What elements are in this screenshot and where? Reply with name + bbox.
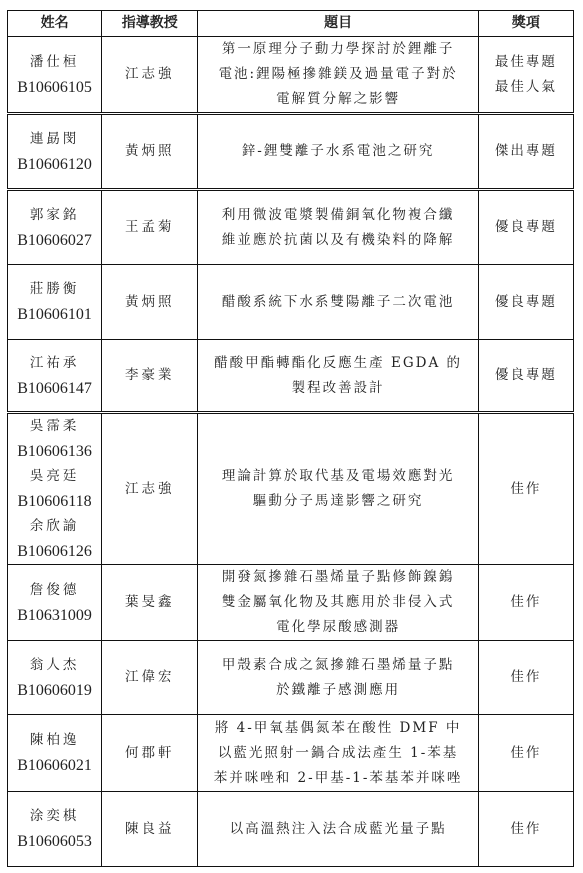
student-name: 連勗閔 bbox=[12, 127, 97, 152]
title-line: 電化學尿酸感測器 bbox=[202, 615, 473, 640]
title-line: 苯并咪唑和 2-甲基-1-苯基苯并咪唑 bbox=[202, 766, 473, 791]
title-cell: 鋅-鋰雙離子水系電池之研究 bbox=[198, 114, 478, 190]
title-line: 將 4-甲氧基偶氮苯在酸性 DMF 中 bbox=[202, 716, 473, 741]
student-cell: 潘仕桓 B10606105 bbox=[8, 37, 102, 114]
table-row: 翁人杰 B10606019 江偉宏 甲殼素合成之氮摻雜石墨烯量子點 於鐵離子感測… bbox=[8, 641, 574, 715]
student-id: B10606136 bbox=[12, 439, 97, 464]
advisor-cell: 王孟菊 bbox=[102, 190, 198, 265]
awards-table: 姓名 指導教授 題目 獎項 潘仕桓 B10606105 江志強 第一原理分子動力… bbox=[7, 10, 574, 867]
award-cell: 優良專題 bbox=[478, 190, 573, 265]
advisor-cell: 葉旻鑫 bbox=[102, 565, 198, 641]
award-cell: 佳作 bbox=[478, 413, 573, 565]
advisor-cell: 陳良益 bbox=[102, 792, 198, 867]
table-row: 莊勝衡 B10606101 黃炳照 醋酸系統下水系雙陽離子二次電池 優良專題 bbox=[8, 265, 574, 340]
table-row: 吳霈柔 B10606136 吳亮廷 B10606118 余欣諭 B1060612… bbox=[8, 413, 574, 565]
title-cell: 將 4-甲氧基偶氮苯在酸性 DMF 中 以藍光照射一鍋合成法產生 1-苯基 苯并… bbox=[198, 715, 478, 792]
table-row: 陳柏逸 B10606021 何郡軒 將 4-甲氧基偶氮苯在酸性 DMF 中 以藍… bbox=[8, 715, 574, 792]
title-line: 雙金屬氧化物及其應用於非侵入式 bbox=[202, 590, 473, 615]
student-name: 翁人杰 bbox=[12, 653, 97, 678]
advisor-cell: 江志強 bbox=[102, 37, 198, 114]
advisor-cell: 李豪業 bbox=[102, 340, 198, 413]
student-name: 吳霈柔 bbox=[12, 414, 97, 439]
student-name: 江祐承 bbox=[12, 351, 97, 376]
header-name: 姓名 bbox=[8, 11, 102, 37]
title-line: 以藍光照射一鍋合成法產生 1-苯基 bbox=[202, 741, 473, 766]
award-label: 佳作 bbox=[483, 665, 569, 690]
award-cell: 佳作 bbox=[478, 715, 573, 792]
table-row: 涂奕棋 B10606053 陳良益 以高溫熱注入法合成藍光量子點 佳作 bbox=[8, 792, 574, 867]
advisor-cell: 黃炳照 bbox=[102, 265, 198, 340]
title-cell: 開發氮摻雜石墨烯量子點修飾鎳鎢 雙金屬氧化物及其應用於非侵入式 電化學尿酸感測器 bbox=[198, 565, 478, 641]
student-id: B10606126 bbox=[12, 539, 97, 564]
student-id: B10606101 bbox=[12, 302, 97, 327]
advisor-cell: 江志強 bbox=[102, 413, 198, 565]
title-cell: 甲殼素合成之氮摻雜石墨烯量子點 於鐵離子感測應用 bbox=[198, 641, 478, 715]
table-row: 詹俊德 B10631009 葉旻鑫 開發氮摻雜石墨烯量子點修飾鎳鎢 雙金屬氧化物… bbox=[8, 565, 574, 641]
title-line: 以高溫熱注入法合成藍光量子點 bbox=[202, 817, 473, 842]
header-row: 姓名 指導教授 題目 獎項 bbox=[8, 11, 574, 37]
student-id: B10606120 bbox=[12, 152, 97, 177]
student-id: B10606021 bbox=[12, 753, 97, 778]
award-label: 佳作 bbox=[483, 741, 569, 766]
student-name: 詹俊德 bbox=[12, 578, 97, 603]
student-id: B10606147 bbox=[12, 376, 97, 401]
award-label: 優良專題 bbox=[483, 290, 569, 315]
student-id: B10606019 bbox=[12, 678, 97, 703]
advisor-cell: 何郡軒 bbox=[102, 715, 198, 792]
student-cell: 陳柏逸 B10606021 bbox=[8, 715, 102, 792]
table-row: 連勗閔 B10606120 黃炳照 鋅-鋰雙離子水系電池之研究 傑出專題 bbox=[8, 114, 574, 190]
student-cell: 吳霈柔 B10606136 吳亮廷 B10606118 余欣諭 B1060612… bbox=[8, 413, 102, 565]
title-cell: 醋酸甲酯轉酯化反應生產 EGDA 的 製程改善設計 bbox=[198, 340, 478, 413]
table-row: 郭家銘 B10606027 王孟菊 利用微波電漿製備銅氧化物複合纖 維並應於抗菌… bbox=[8, 190, 574, 265]
title-line: 利用微波電漿製備銅氧化物複合纖 bbox=[202, 203, 473, 228]
title-line: 電池:鋰陽極摻雜鎂及過量電子對於 bbox=[202, 62, 473, 87]
student-id: B10631009 bbox=[12, 603, 97, 628]
title-line: 理論計算於取代基及電場效應對光 bbox=[202, 464, 473, 489]
student-name: 莊勝衡 bbox=[12, 277, 97, 302]
student-name: 涂奕棋 bbox=[12, 804, 97, 829]
title-cell: 理論計算於取代基及電場效應對光 驅動分子馬達影響之研究 bbox=[198, 413, 478, 565]
title-line: 開發氮摻雜石墨烯量子點修飾鎳鎢 bbox=[202, 565, 473, 590]
advisor-cell: 黃炳照 bbox=[102, 114, 198, 190]
student-cell: 莊勝衡 B10606101 bbox=[8, 265, 102, 340]
award-cell: 優良專題 bbox=[478, 265, 573, 340]
student-cell: 連勗閔 B10606120 bbox=[8, 114, 102, 190]
title-cell: 第一原理分子動力學探討於鋰離子 電池:鋰陽極摻雜鎂及過量電子對於 電解質分解之影… bbox=[198, 37, 478, 114]
student-id: B10606053 bbox=[12, 829, 97, 854]
student-name: 郭家銘 bbox=[12, 203, 97, 228]
title-cell: 利用微波電漿製備銅氧化物複合纖 維並應於抗菌以及有機染料的降解 bbox=[198, 190, 478, 265]
title-line: 於鐵離子感測應用 bbox=[202, 678, 473, 703]
header-award: 獎項 bbox=[478, 11, 573, 37]
award-cell: 優良專題 bbox=[478, 340, 573, 413]
title-line: 鋅-鋰雙離子水系電池之研究 bbox=[202, 139, 473, 164]
student-id: B10606118 bbox=[12, 489, 97, 514]
award-cell: 最佳專題 最佳人氣 bbox=[478, 37, 573, 114]
student-cell: 江祐承 B10606147 bbox=[8, 340, 102, 413]
title-line: 製程改善設計 bbox=[202, 376, 473, 401]
student-name: 余欣諭 bbox=[12, 514, 97, 539]
student-name: 潘仕桓 bbox=[12, 50, 97, 75]
student-cell: 涂奕棋 B10606053 bbox=[8, 792, 102, 867]
title-line: 維並應於抗菌以及有機染料的降解 bbox=[202, 228, 473, 253]
student-name: 陳柏逸 bbox=[12, 728, 97, 753]
award-cell: 佳作 bbox=[478, 565, 573, 641]
student-cell: 詹俊德 B10631009 bbox=[8, 565, 102, 641]
title-line: 醋酸甲酯轉酯化反應生產 EGDA 的 bbox=[202, 351, 473, 376]
award-label: 佳作 bbox=[483, 590, 569, 615]
award-label: 優良專題 bbox=[483, 215, 569, 240]
advisor-cell: 江偉宏 bbox=[102, 641, 198, 715]
award-label: 最佳專題 bbox=[483, 50, 569, 75]
award-label: 優良專題 bbox=[483, 363, 569, 388]
award-cell: 傑出專題 bbox=[478, 114, 573, 190]
student-name: 吳亮廷 bbox=[12, 464, 97, 489]
student-id: B10606027 bbox=[12, 228, 97, 253]
title-cell: 醋酸系統下水系雙陽離子二次電池 bbox=[198, 265, 478, 340]
table-row: 江祐承 B10606147 李豪業 醋酸甲酯轉酯化反應生產 EGDA 的 製程改… bbox=[8, 340, 574, 413]
title-line: 驅動分子馬達影響之研究 bbox=[202, 489, 473, 514]
title-line: 電解質分解之影響 bbox=[202, 87, 473, 112]
student-cell: 郭家銘 B10606027 bbox=[8, 190, 102, 265]
award-label: 最佳人氣 bbox=[483, 75, 569, 100]
title-line: 醋酸系統下水系雙陽離子二次電池 bbox=[202, 290, 473, 315]
award-cell: 佳作 bbox=[478, 792, 573, 867]
table-row: 潘仕桓 B10606105 江志強 第一原理分子動力學探討於鋰離子 電池:鋰陽極… bbox=[8, 37, 574, 114]
award-cell: 佳作 bbox=[478, 641, 573, 715]
award-label: 佳作 bbox=[483, 817, 569, 842]
award-label: 傑出專題 bbox=[483, 139, 569, 164]
title-line: 甲殼素合成之氮摻雜石墨烯量子點 bbox=[202, 653, 473, 678]
title-line: 第一原理分子動力學探討於鋰離子 bbox=[202, 37, 473, 62]
award-label: 佳作 bbox=[483, 477, 569, 502]
student-cell: 翁人杰 B10606019 bbox=[8, 641, 102, 715]
header-title: 題目 bbox=[198, 11, 478, 37]
title-cell: 以高溫熱注入法合成藍光量子點 bbox=[198, 792, 478, 867]
student-id: B10606105 bbox=[12, 75, 97, 100]
header-advisor: 指導教授 bbox=[102, 11, 198, 37]
